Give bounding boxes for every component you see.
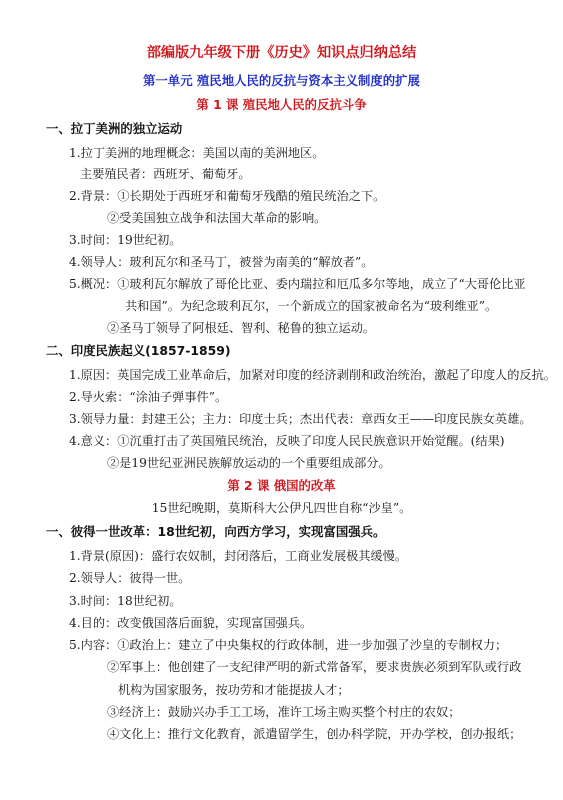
body-line: 4.目的：改变俄国落后面貌，实现富国强兵。 [69, 615, 312, 631]
body-line: ④文化上：推行文化教育，派遣留学生，创办科学院，开办学校，创办报纸； [107, 726, 521, 742]
body-line: 主要殖民者：西班牙、葡萄牙。 [80, 166, 251, 182]
body-line: ②圣马丁领导了阿根廷、智利、秘鲁的独立运动。 [107, 320, 375, 336]
body-line: 3.时间：19世纪初。 [69, 232, 181, 248]
body-line: 5.概况：①玻利瓦尔解放了哥伦比亚、委内瑞拉和厄瓜多尔等地，成立了“大哥伦比亚 [69, 276, 526, 292]
body-line: 2.导火索：“涂油子弹事件”。 [69, 389, 227, 405]
body-line: 机构为国家服务，按功劳和才能提拔人才； [118, 682, 350, 698]
section-heading-indian-uprising: 二、印度民族起义(1857-1859) [46, 343, 231, 359]
body-line: 5.内容：①政治上：建立了中央集权的行政体制，进一步加强了沙皇的专制权力； [69, 637, 507, 653]
body-line: 2.背景：①长期处于西班牙和葡萄牙残酷的殖民统治之下。 [69, 188, 385, 204]
document-page: 部编版九年级下册《历史》知识点归纳总结 第一单元 殖民地人民的反抗与资本主义制度… [0, 0, 563, 800]
body-line: 共和国”。为纪念玻利瓦尔，一个新成立的国家被命名为“玻利维亚”。 [125, 298, 497, 314]
document-title: 部编版九年级下册《历史》知识点归纳总结 [0, 45, 563, 61]
body-line: ②受美国独立战争和法国大革命的影响。 [107, 210, 326, 226]
unit-heading: 第一单元 殖民地人民的反抗与资本主义制度的扩展 [0, 73, 563, 89]
lesson-2-heading: 第 2 课 俄国的改革 [0, 478, 563, 494]
body-line: 3.领导力量：封建王公；主力：印度士兵；杰出代表：章西女王——印度民族女英雄。 [69, 411, 532, 427]
lesson-2-intro: 15世纪晚期，莫斯科大公伊凡四世自称“沙皇”。 [0, 500, 563, 516]
body-line: 1.背景(原因)：盛行农奴制，封闭落后，工商业发展极其缓慢。 [69, 548, 407, 564]
body-line: 1.原因：英国完成工业革命后，加紧对印度的经济剥削和政治统治，激起了印度人的反抗… [69, 367, 556, 383]
body-line: ③经济上：鼓励兴办手工工场，准许工场主购买整个村庄的农奴； [107, 704, 460, 720]
lesson-1-heading: 第 1 课 殖民地人民的反抗斗争 [0, 97, 563, 113]
body-line: 1.拉丁美洲的地理概念：美国以南的美洲地区。 [69, 145, 324, 161]
body-line: 2.领导人：彼得一世。 [69, 570, 190, 586]
body-line: 3.时间：18世纪初。 [69, 593, 181, 609]
body-line: ②是19世纪亚洲民族解放运动的一个重要组成部分。 [107, 455, 391, 471]
body-line: 4.领导人：玻利瓦尔和圣马丁，被誉为南美的“解放者”。 [69, 254, 373, 270]
section-heading-latin-america: 一、拉丁美洲的独立运动 [46, 121, 182, 137]
body-line: 4.意义：①沉重打击了英国殖民统治，反映了印度人民民族意识开始觉醒。(结果) [69, 433, 505, 449]
section-heading-peter-reform: 一、彼得一世改革：18世纪初，向西方学习，实现富国强兵。 [46, 524, 385, 540]
body-line: ②军事上：他创建了一支纪律严明的新式常备军，要求贵族必须到军队或行政 [107, 659, 521, 675]
